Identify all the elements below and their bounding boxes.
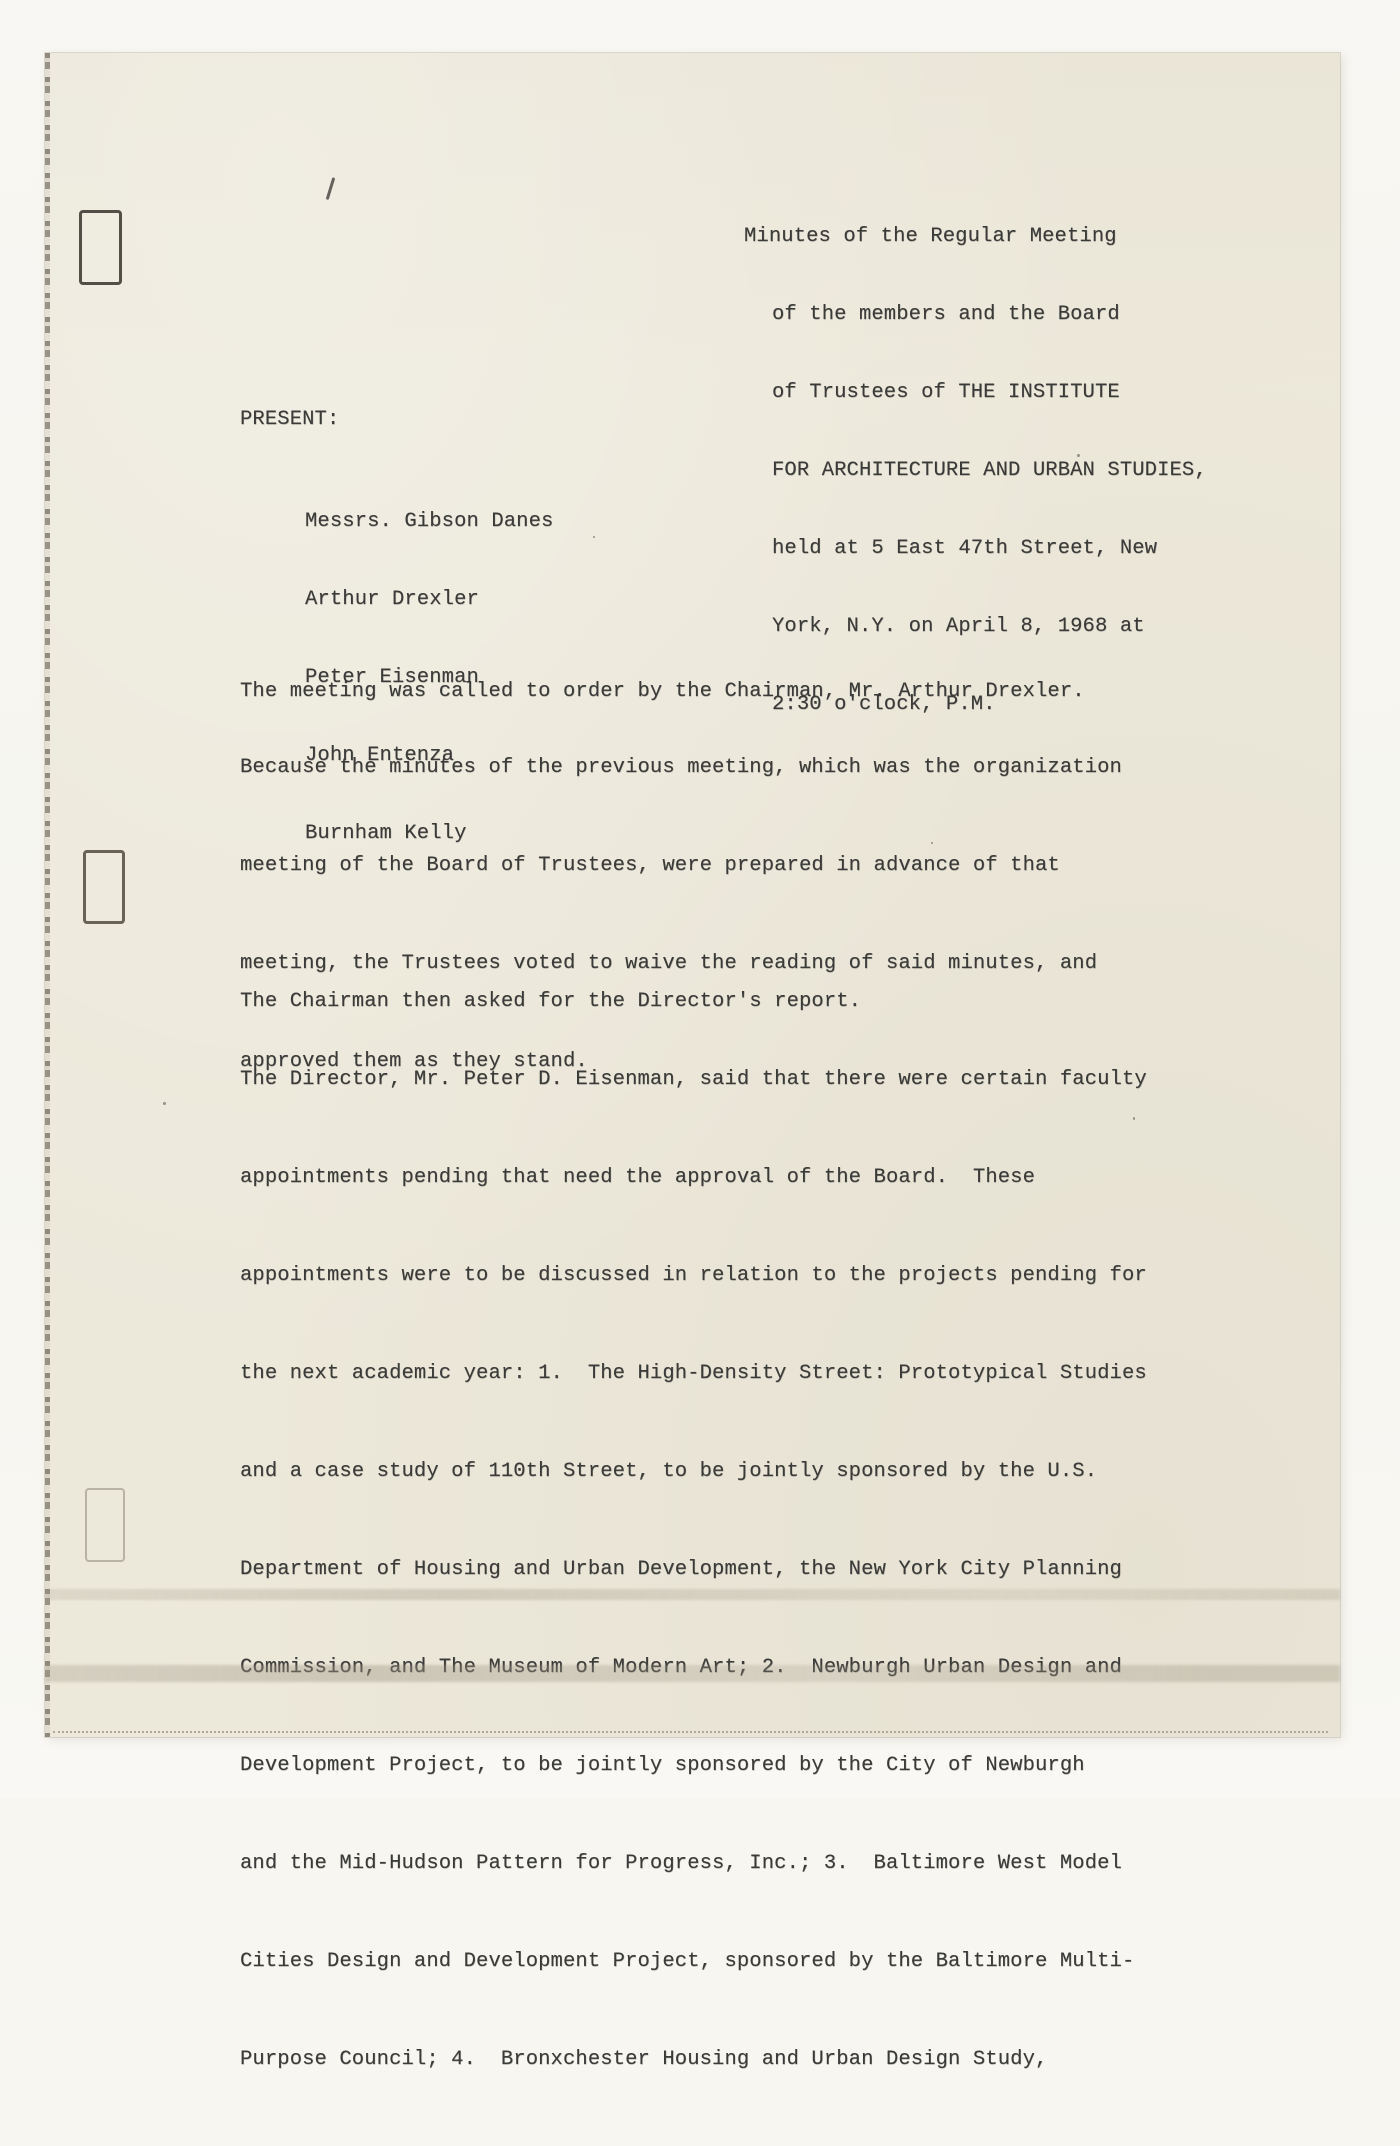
body-line: meeting of the Board of Trustees, were p… — [240, 854, 1122, 906]
header-line: FOR ARCHITECTURE AND URBAN STUDIES, — [772, 458, 1207, 484]
body-line: Because the minutes of the previous meet… — [240, 756, 1122, 808]
present-label: PRESENT: — [240, 408, 339, 432]
page-bottom-edge — [53, 1731, 1328, 1733]
staple-mark-bottom — [85, 1488, 125, 1562]
ink-speck — [1133, 1117, 1135, 1120]
body-line: appointments pending that need the appro… — [240, 1166, 1147, 1218]
binding-edge — [45, 53, 50, 1737]
ink-speck — [1077, 454, 1080, 457]
ink-speck — [163, 1102, 166, 1105]
header-line: of the members and the Board — [772, 302, 1207, 328]
scan-streak-lower — [45, 1665, 1340, 1682]
ink-speck — [931, 842, 933, 844]
body-line: Commission, and The Museum of Modern Art… — [240, 1656, 1147, 1708]
document-page: Minutes of the Regular Meeting of the me… — [45, 53, 1340, 1737]
attendee-name: Messrs. Gibson Danes — [305, 509, 553, 535]
staple-mark-top — [79, 210, 122, 285]
header-line: Minutes of the Regular Meeting — [744, 224, 1207, 250]
staple-mark-middle — [83, 850, 125, 924]
body-line: the next academic year: 1. The High-Dens… — [240, 1362, 1147, 1414]
pen-slash-mark — [326, 177, 335, 200]
ink-speck — [593, 536, 595, 538]
body-line: Development Project, to be jointly spons… — [240, 1754, 1147, 1798]
attendee-name: Arthur Drexler — [305, 587, 553, 613]
header-line: held at 5 East 47th Street, New — [772, 536, 1207, 562]
body-line: and a case study of 110th Street, to be … — [240, 1460, 1147, 1512]
scan-streak-upper — [45, 1589, 1340, 1600]
body-line: The Director, Mr. Peter D. Eisenman, sai… — [240, 1068, 1147, 1120]
body-line: Department of Housing and Urban Developm… — [240, 1558, 1147, 1610]
body-line: appointments were to be discussed in rel… — [240, 1264, 1147, 1316]
header-line: of Trustees of THE INSTITUTE — [772, 380, 1207, 406]
